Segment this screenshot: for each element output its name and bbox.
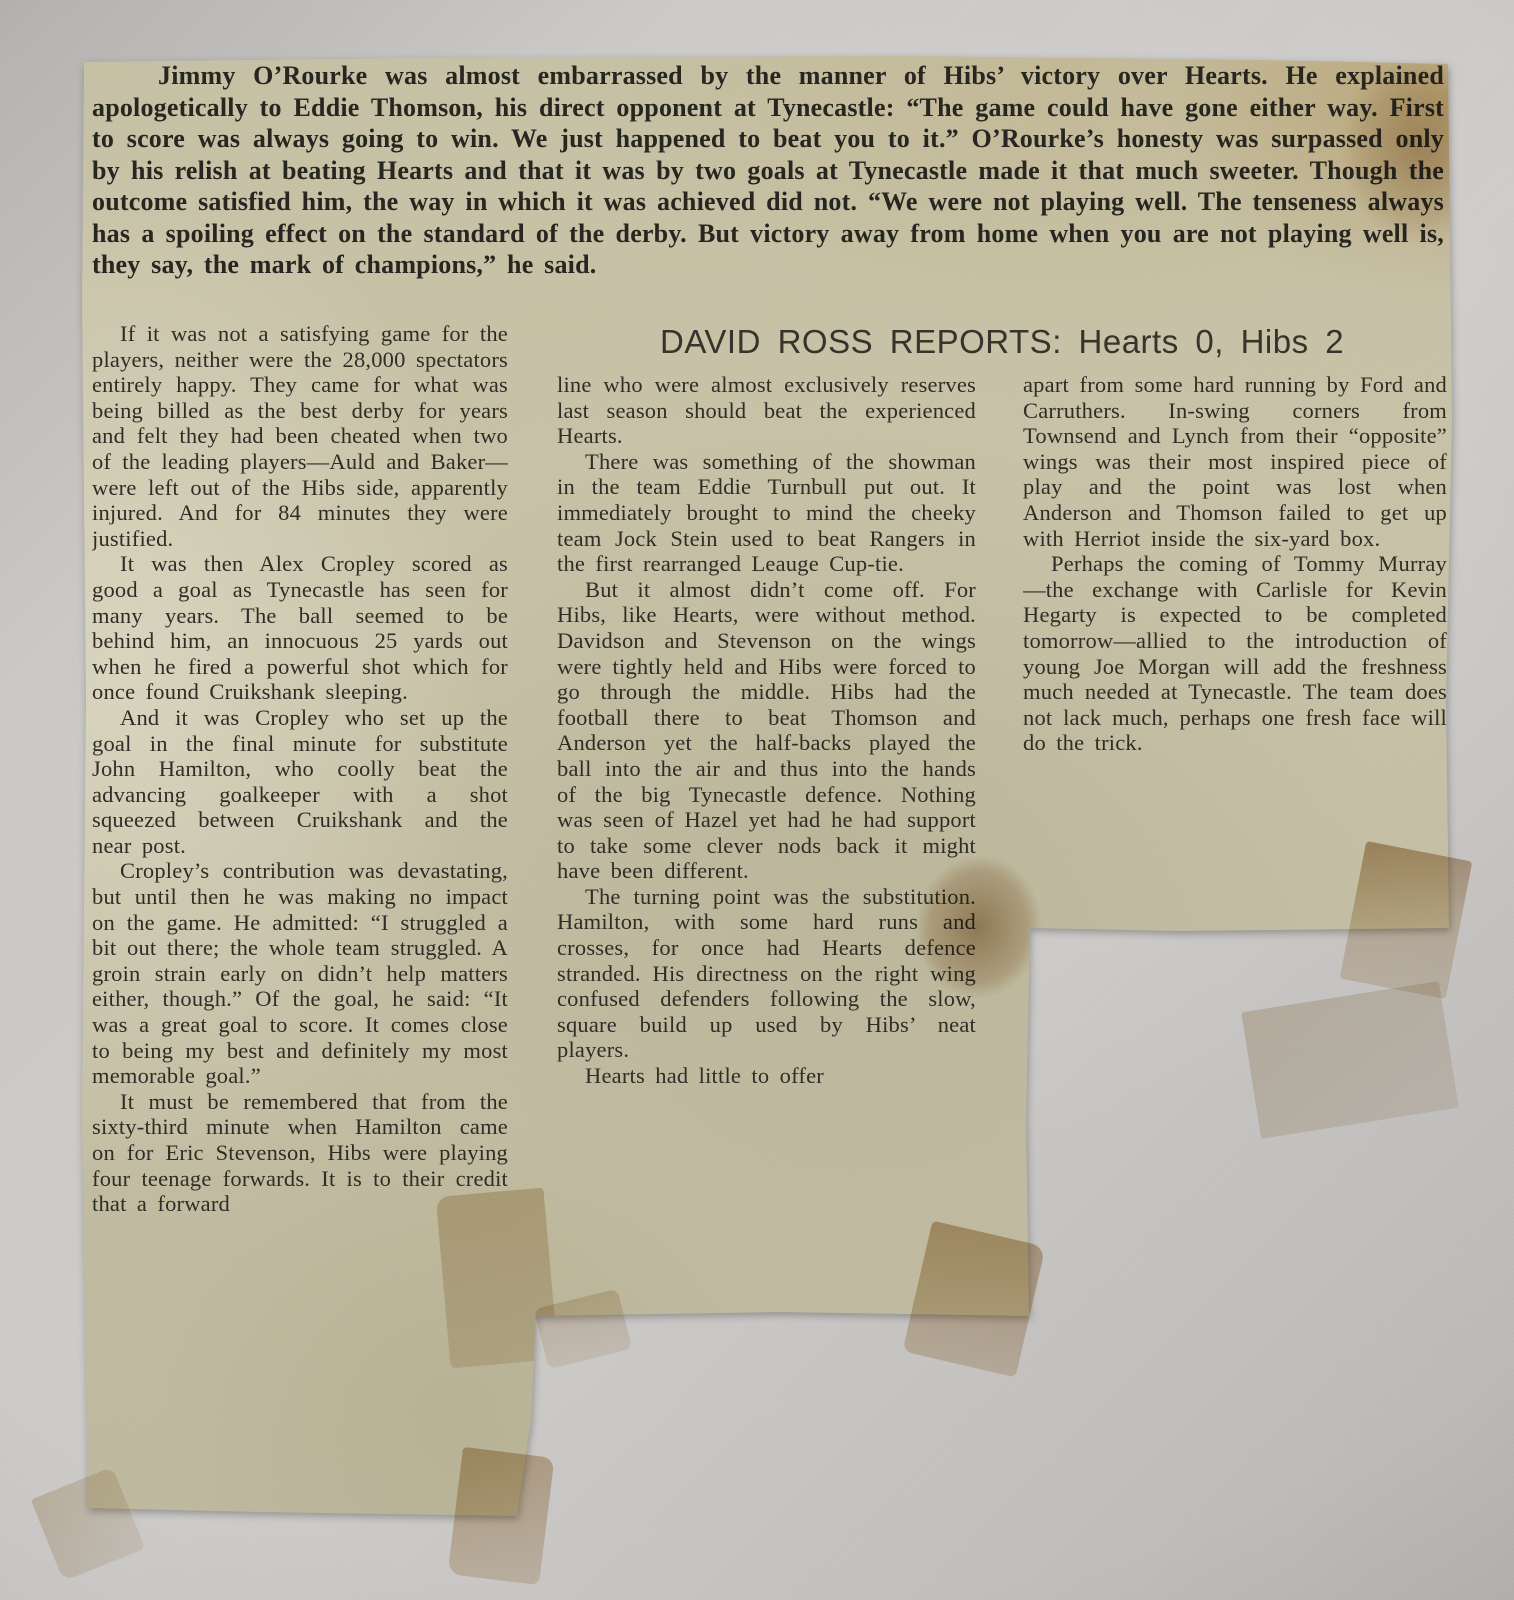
article-paragraph: There was something of the showman in th… [557,449,976,577]
clipping-paper: Jimmy O’Rourke was almost embarrassed by… [0,0,1514,1600]
article-paragraph: apart from some hard running by Ford and… [1023,372,1447,551]
article-paragraph: Perhaps the coming of Tommy Murray—the e… [1023,551,1447,756]
article-column-3: apart from some hard running by Ford and… [1023,372,1447,934]
stain-top-right [1336,58,1452,324]
article-paragraph: It was then Alex Cropley scored as good … [92,551,508,705]
lead-paragraph: Jimmy O’Rourke was almost embarrassed by… [92,60,1444,281]
newspaper-clipping: Jimmy O’Rourke was almost embarrassed by… [0,0,1514,1600]
stain-column2-right [896,848,1068,1070]
article-paragraph: line who were almost exclusively reserve… [557,372,976,449]
article-column-1: If it was not a satisfying game for the … [92,321,508,1513]
article-column-2: line who were almost exclusively reserve… [557,372,976,1310]
report-headline: DAVID ROSS REPORTS: Hearts 0, Hibs 2 [660,324,1350,360]
article-paragraph: And it was Cropley who set up the goal i… [92,705,508,859]
stain-column1-right [436,1188,559,1369]
article-paragraph: Cropley’s contribution was devastating, … [92,858,508,1088]
article-paragraph: If it was not a satisfying game for the … [92,321,508,551]
article-paragraph: Hearts had little to offer [557,1063,976,1089]
article-paragraph: The turning point was the substitution. … [557,884,976,1063]
article-paragraph: But it almost didn’t come off. For Hibs,… [557,577,976,884]
photo-of-newspaper-clipping: { "colors": { "wall": "#c9c7c5", "paper"… [0,0,1514,1600]
article-paragraph: It must be remembered that from the sixt… [92,1089,508,1217]
